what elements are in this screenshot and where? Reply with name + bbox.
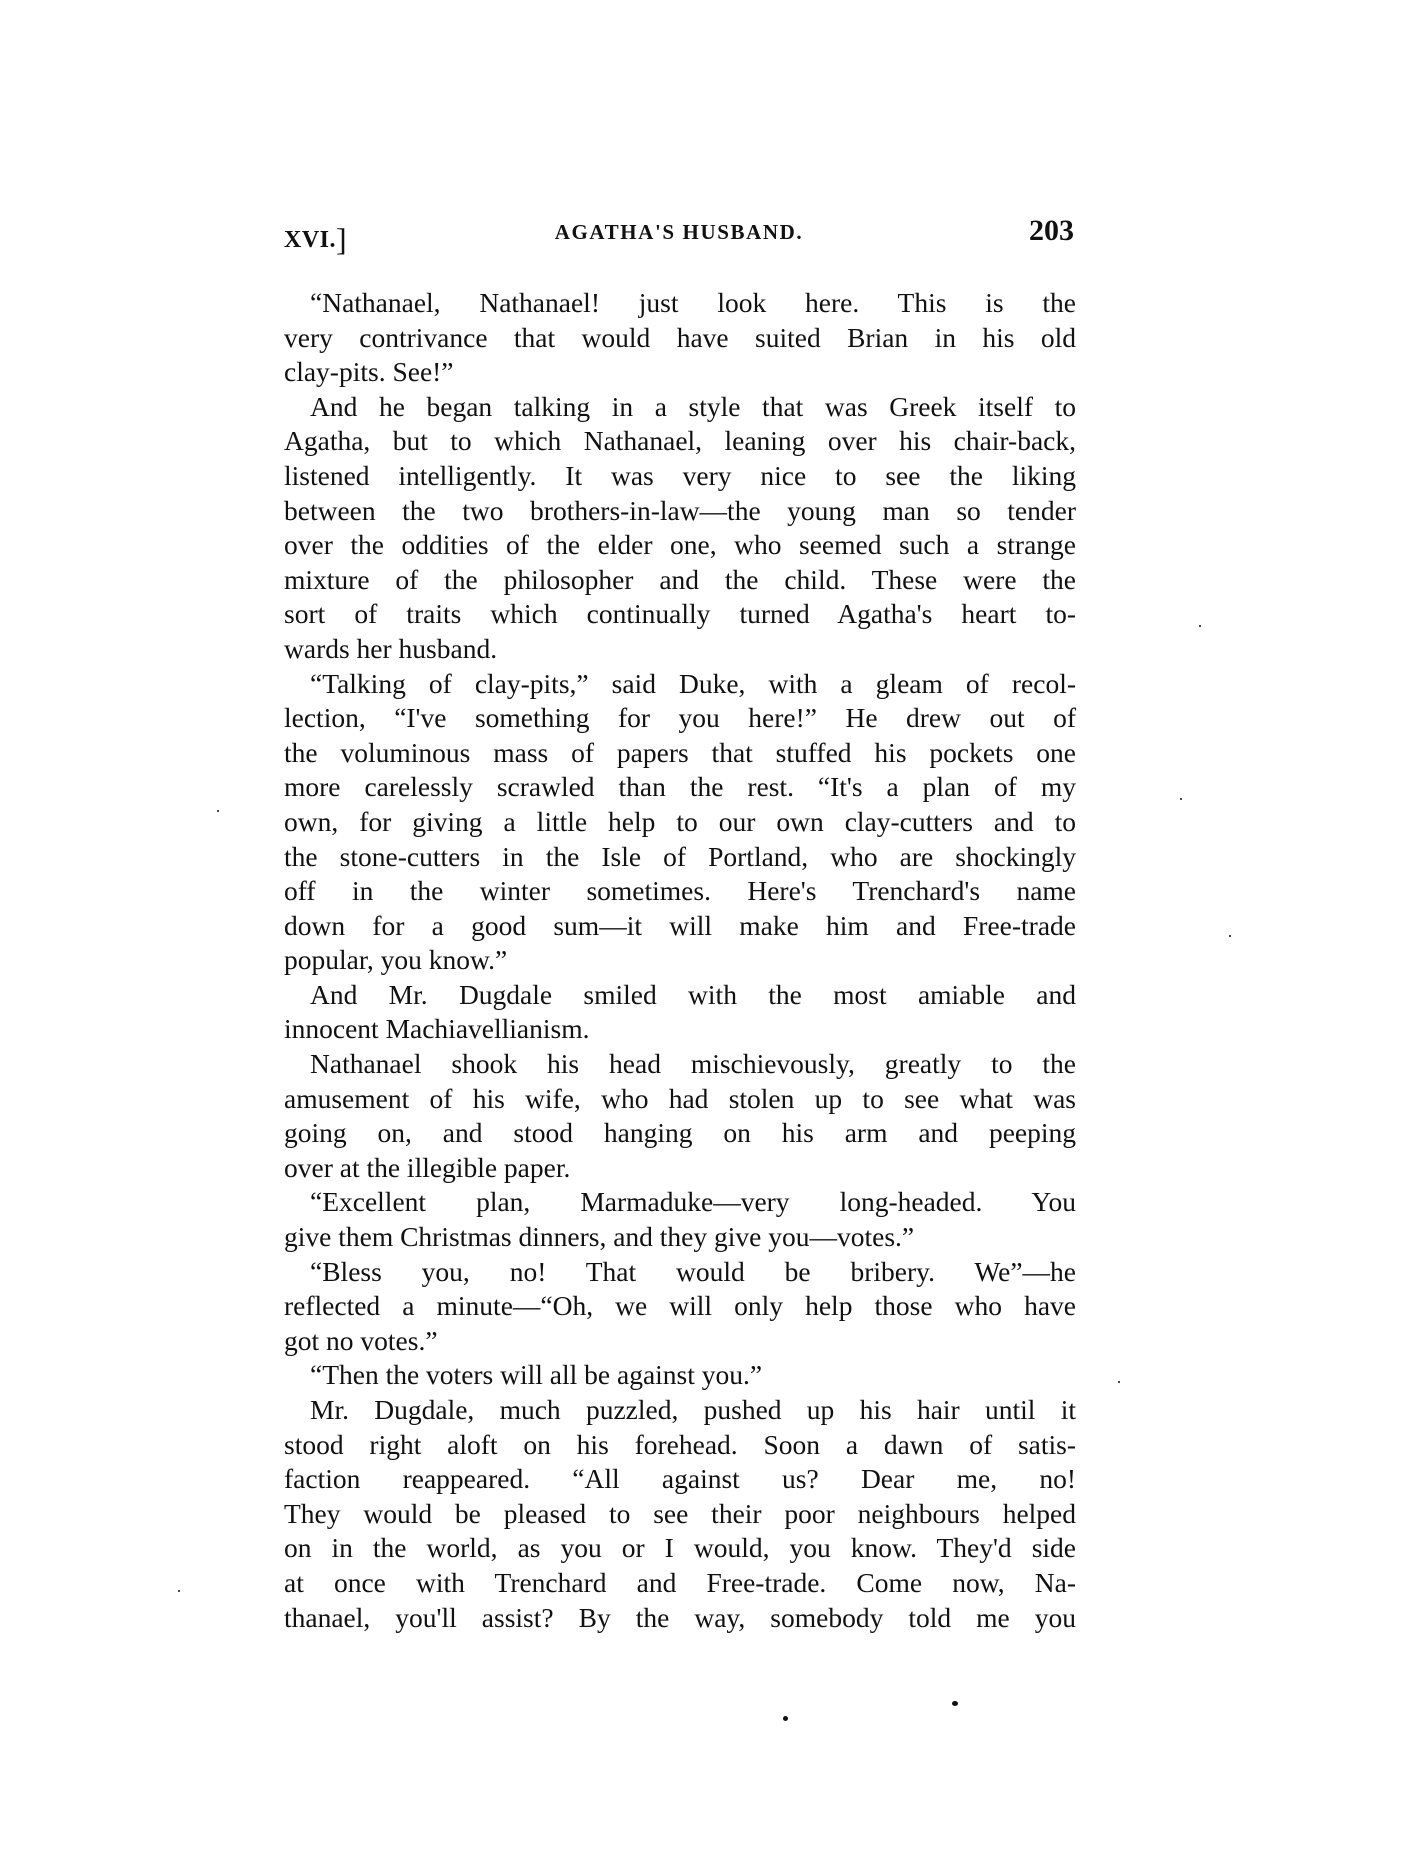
text-line: mixture of the philosopher and the child… bbox=[284, 563, 1076, 598]
text-line: popular, you know.” bbox=[284, 943, 1076, 978]
scan-speck bbox=[178, 1590, 180, 1592]
text-line: over the oddities of the elder one, who … bbox=[284, 528, 1076, 563]
text-line: very contrivance that would have suited … bbox=[284, 321, 1076, 356]
book-page: XVI.] AGATHA'S HUSBAND. 203 “Nathanael, … bbox=[0, 0, 1401, 1851]
page-number: 203 bbox=[1029, 214, 1074, 248]
text-line: Mr. Dugdale, much puzzled, pushed up his… bbox=[284, 1393, 1076, 1428]
text-line: “Nathanael, Nathanael! just look here. T… bbox=[284, 286, 1076, 321]
text-line: sort of traits which continually turned … bbox=[284, 597, 1076, 632]
text-line: reflected a minute—“Oh, we will only hel… bbox=[284, 1289, 1076, 1324]
running-head: XVI.] AGATHA'S HUSBAND. 203 bbox=[284, 218, 1074, 252]
text-line: They would be pleased to see their poor … bbox=[284, 1497, 1076, 1532]
text-line: Agatha, but to which Nathanael, leaning … bbox=[284, 424, 1076, 459]
text-line: own, for giving a little help to our own… bbox=[284, 805, 1076, 840]
text-line: “Then the voters will all be against you… bbox=[284, 1358, 1076, 1393]
text-line: innocent Machiavellianism. bbox=[284, 1012, 1076, 1047]
text-line: more carelessly scrawled than the rest. … bbox=[284, 770, 1076, 805]
scan-speck bbox=[1229, 935, 1231, 937]
text-line: between the two brothers-in-law—the youn… bbox=[284, 494, 1076, 529]
text-line: “Talking of clay-pits,” said Duke, with … bbox=[284, 667, 1076, 702]
text-line: lection, “I've something for you here!” … bbox=[284, 701, 1076, 736]
text-line: got no votes.” bbox=[284, 1324, 1076, 1359]
scan-speck bbox=[217, 810, 219, 812]
scan-speck bbox=[1118, 1381, 1120, 1383]
text-line: listened intelligently. It was very nice… bbox=[284, 459, 1076, 494]
scan-speck bbox=[783, 1716, 788, 1721]
scan-speck bbox=[952, 1701, 958, 1706]
text-line: give them Christmas dinners, and they gi… bbox=[284, 1220, 1076, 1255]
text-line: down for a good sum—it will make him and… bbox=[284, 909, 1076, 944]
text-line: on in the world, as you or I would, you … bbox=[284, 1531, 1076, 1566]
text-line: “Bless you, no! That would be bribery. W… bbox=[284, 1255, 1076, 1290]
text-line: faction reappeared. “All against us? Dea… bbox=[284, 1462, 1076, 1497]
text-line: the stone-cutters in the Isle of Portlan… bbox=[284, 840, 1076, 875]
body-text: “Nathanael, Nathanael! just look here. T… bbox=[284, 286, 1076, 1635]
scan-speck bbox=[1180, 798, 1182, 800]
text-line: over at the illegible paper. bbox=[284, 1151, 1076, 1186]
text-line: at once with Trenchard and Free-trade. C… bbox=[284, 1566, 1076, 1601]
scan-speck bbox=[1199, 625, 1201, 627]
text-line: “Excellent plan, Marmaduke—very long-hea… bbox=[284, 1185, 1076, 1220]
text-line: the voluminous mass of papers that stuff… bbox=[284, 736, 1076, 771]
text-line: clay-pits. See!” bbox=[284, 355, 1076, 390]
text-line: wards her husband. bbox=[284, 632, 1076, 667]
book-title: AGATHA'S HUSBAND. bbox=[284, 220, 1074, 245]
text-line: off in the winter sometimes. Here's Tren… bbox=[284, 874, 1076, 909]
text-line: thanael, you'll assist? By the way, some… bbox=[284, 1601, 1076, 1636]
text-line: And he began talking in a style that was… bbox=[284, 390, 1076, 425]
text-line: going on, and stood hanging on his arm a… bbox=[284, 1116, 1076, 1151]
text-line: stood right aloft on his forehead. Soon … bbox=[284, 1428, 1076, 1463]
text-line: amusement of his wife, who had stolen up… bbox=[284, 1082, 1076, 1117]
text-line: Nathanael shook his head mischievously, … bbox=[284, 1047, 1076, 1082]
text-line: And Mr. Dugdale smiled with the most ami… bbox=[284, 978, 1076, 1013]
